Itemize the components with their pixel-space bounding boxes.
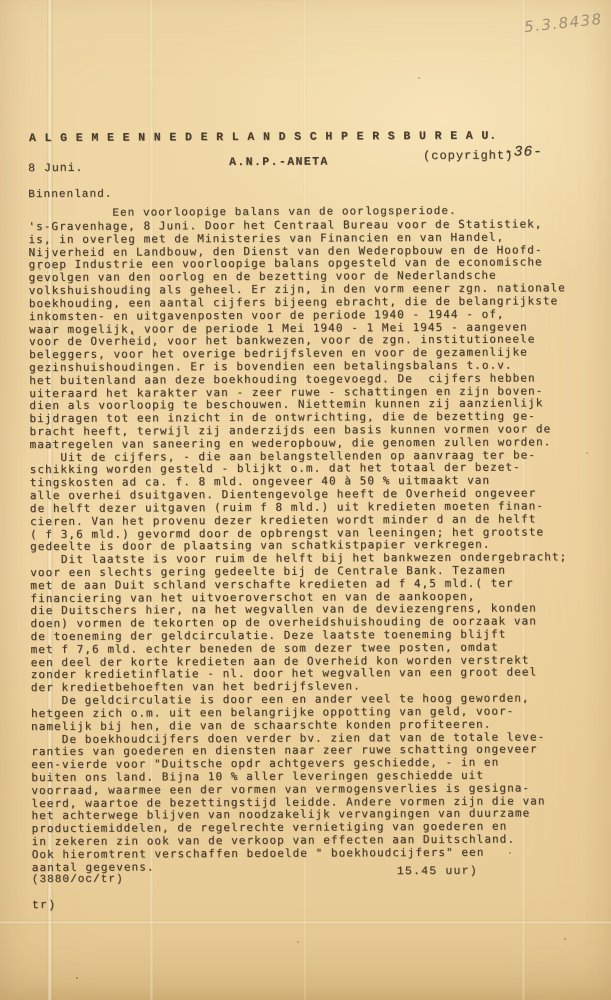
issue-number: -36- [504,144,543,160]
timestamp: 15.45 uur) [397,865,478,878]
wire-service-name: A.N.P.-ANETA [229,155,329,169]
typed-content: A L G E M E E N N E D E R L A N D S C H … [0,0,611,1000]
dateline: 8 Juni. [28,162,83,175]
dispatch-code: (3880/oc/tr) [32,874,124,886]
article-body: 's-Gravenhage, 8 Juni. Door het Centraal… [28,218,606,874]
document-page: 5.3.8438 A L G E M E E N N E D E R L A N… [0,0,611,1000]
section-label: Binnenland. [28,189,112,201]
copyright-notice: (copyright) [423,149,513,163]
typist-initials: tr) [32,899,56,912]
agency-title: A L G E M E E N N E D E R L A N D S C H … [29,130,497,145]
